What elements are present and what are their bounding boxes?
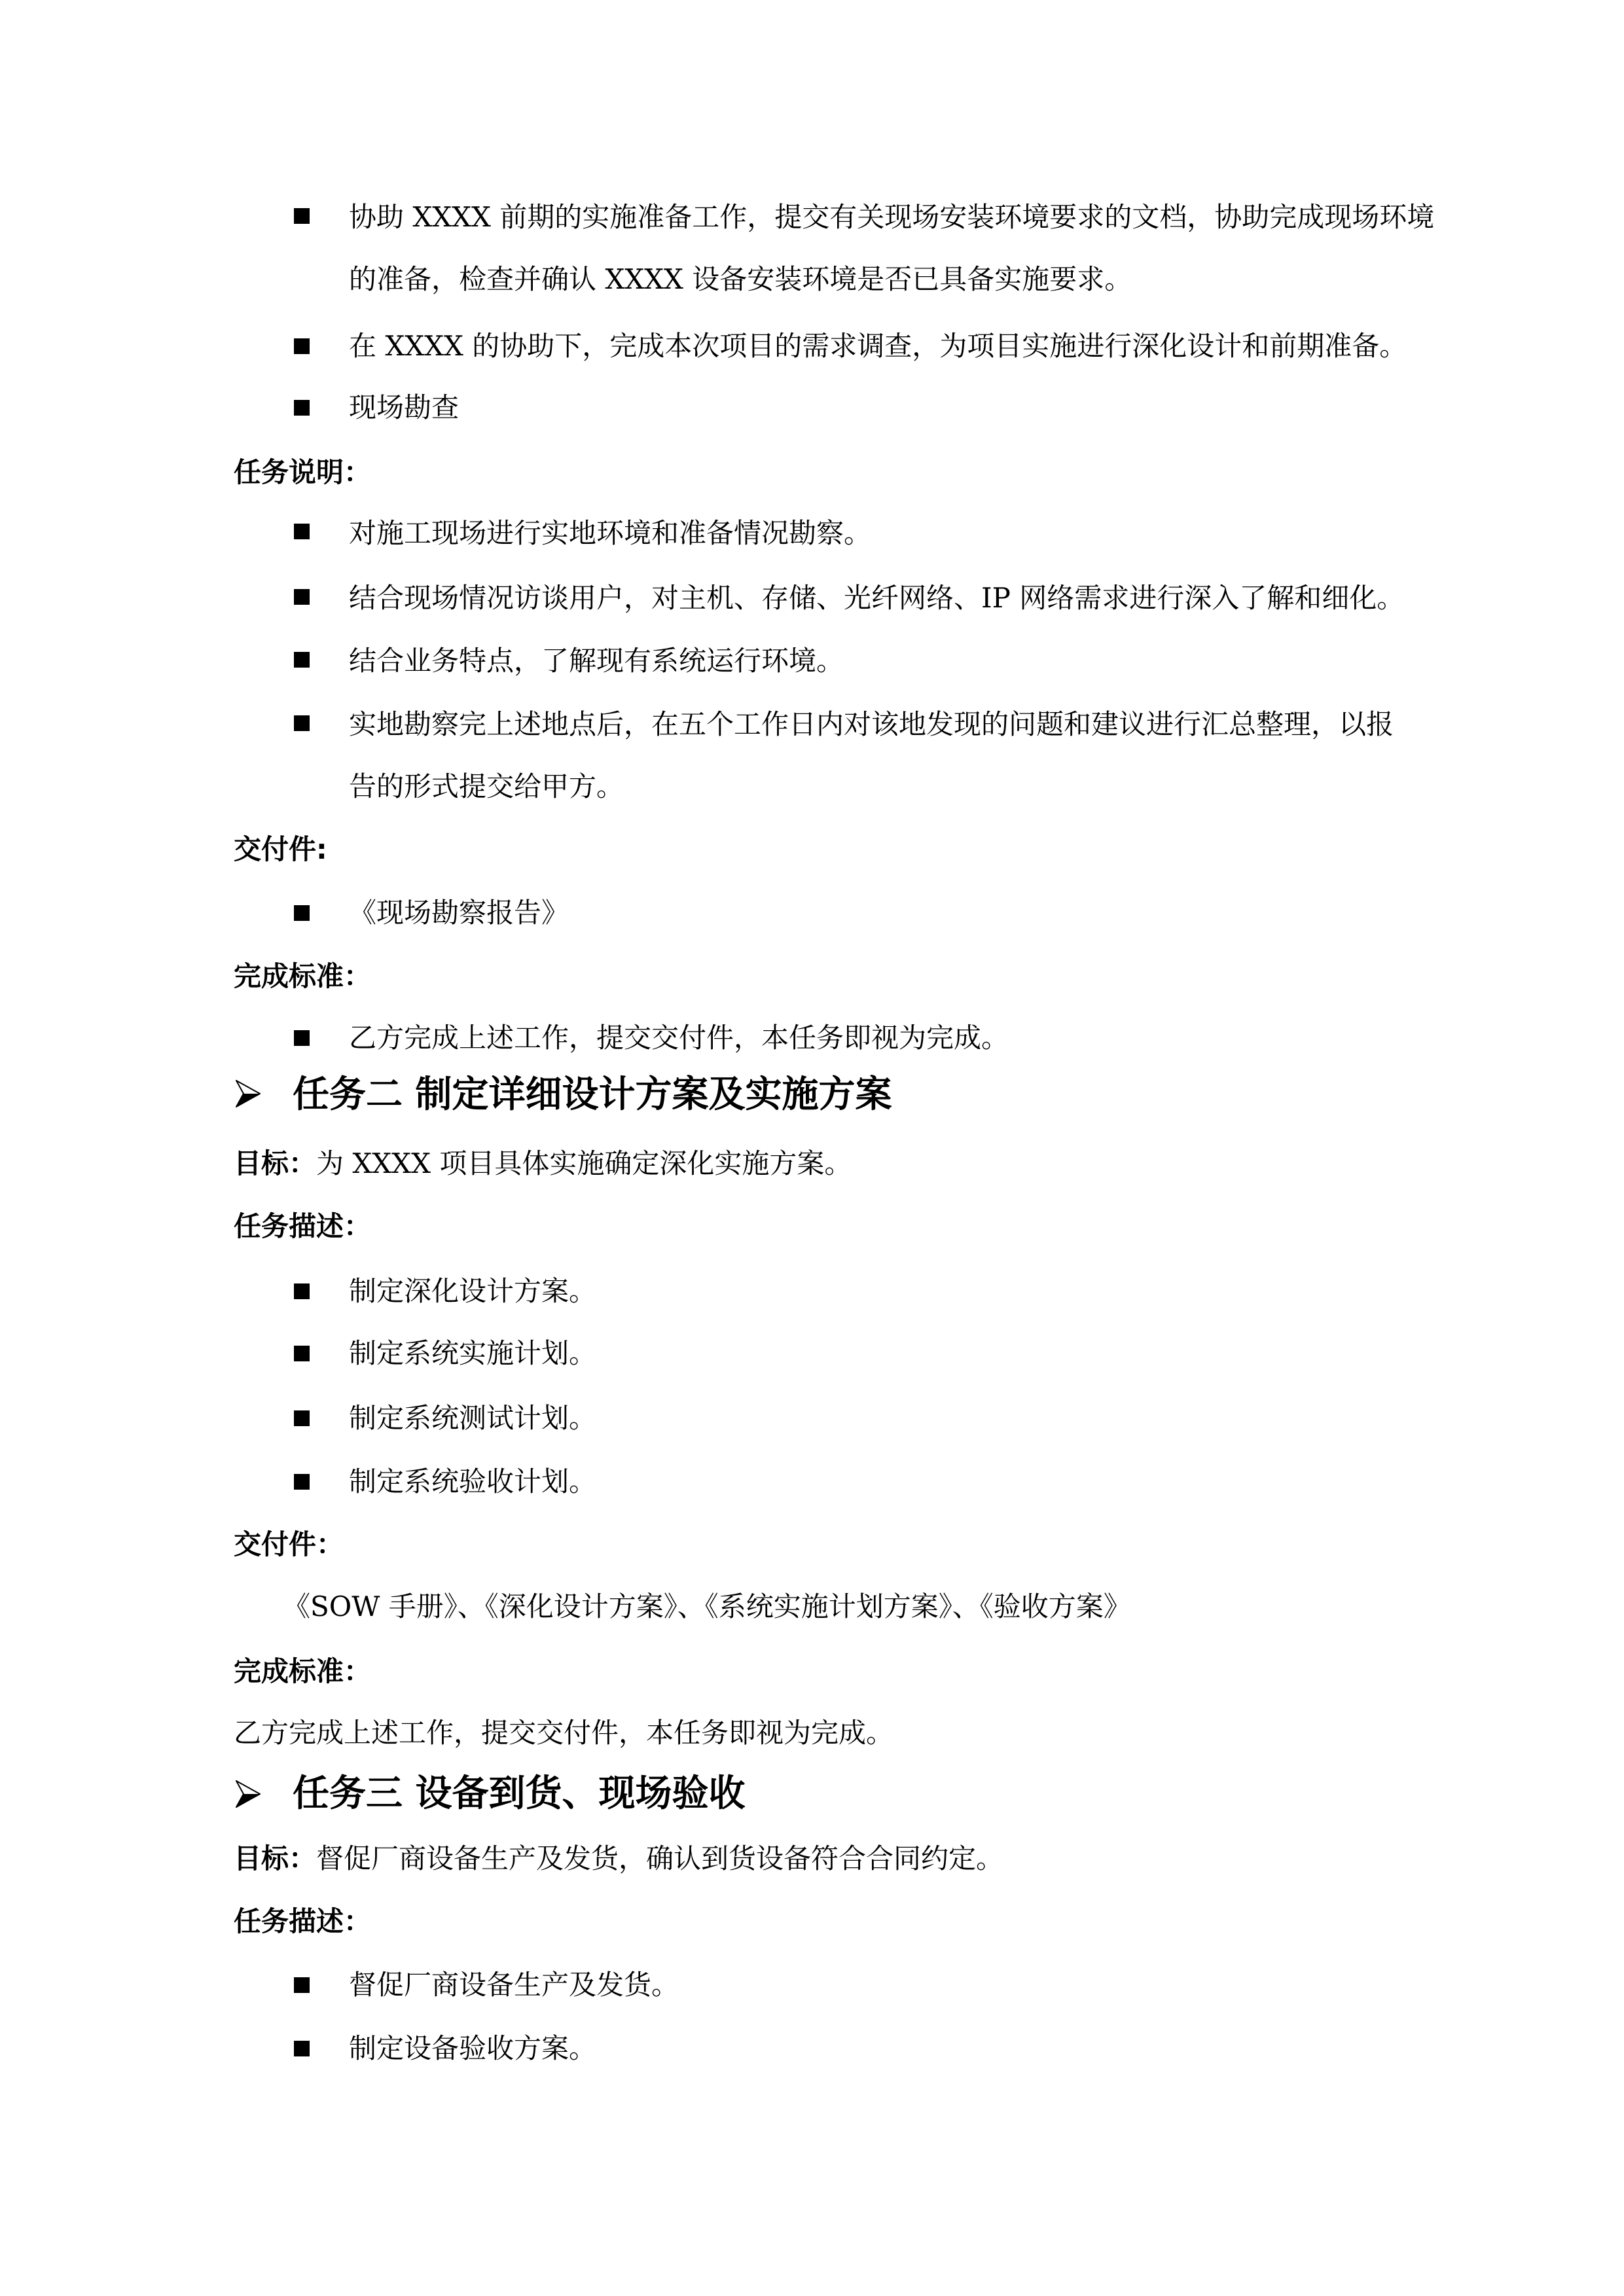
square-bullet-icon — [294, 652, 310, 668]
goal-text: 督促厂商设备生产及发货，确认到货设备符合合同约定。 — [316, 1842, 1003, 1874]
list-item-continuation: 告的形式提交给甲方。 — [349, 773, 624, 800]
task3-desc-label: 任务描述： — [234, 1908, 371, 1935]
arrowhead-bullet-icon — [236, 1780, 261, 1808]
list-item: 协助 XXXX 前期的实施准备工作，提交有关现场安装环境要求的文档，协助完成现场… — [349, 204, 1434, 231]
list-item: 结合业务特点，了解现有系统运行环境。 — [349, 647, 844, 675]
list-item: 《现场勘察报告》 — [349, 899, 569, 927]
deliverables-label: 交付件: — [234, 836, 327, 863]
square-bullet-icon — [294, 524, 310, 539]
square-bullet-icon — [294, 2041, 310, 2056]
list-item-continuation: 的准备，检查并确认 XXXX 设备安装环境是否已具备实施要求。 — [349, 266, 1132, 293]
list-item: 制定设备验收方案。 — [349, 2035, 596, 2062]
list-item: 现场勘查 — [349, 394, 459, 422]
task3-heading: 任务三 设备到货、现场验收 — [293, 1776, 746, 1812]
square-bullet-icon — [294, 208, 310, 224]
square-bullet-icon — [294, 715, 310, 731]
task2-goal: 目标：为 XXXX 项目具体实施确定深化实施方案。 — [234, 1150, 852, 1177]
task2-criteria-label: 完成标准： — [234, 1658, 371, 1685]
task2-deliverables-label: 交付件： — [234, 1531, 344, 1558]
task2-desc-label: 任务描述： — [234, 1213, 371, 1240]
list-item: 在 XXXX 的协助下，完成本次项目的需求调查，为项目实施进行深化设计和前期准备… — [349, 332, 1407, 360]
list-item: 制定系统实施计划。 — [349, 1340, 596, 1367]
square-bullet-icon — [294, 338, 310, 354]
square-bullet-icon — [294, 1030, 310, 1046]
square-bullet-icon — [294, 1977, 310, 1993]
task3-goal: 目标：督促厂商设备生产及发货，确认到货设备符合合同约定。 — [234, 1845, 1003, 1873]
goal-text: 为 XXXX 项目具体实施确定深化实施方案。 — [316, 1147, 852, 1179]
list-item: 制定系统验收计划。 — [349, 1468, 596, 1496]
list-item: 制定深化设计方案。 — [349, 1278, 596, 1305]
task2-deliverables-text: 《SOW 手册》、《深化设计方案》、《系统实施计划方案》、《验收方案》 — [283, 1593, 1131, 1621]
square-bullet-icon — [294, 1283, 310, 1299]
list-item: 乙方完成上述工作，提交交付件，本任务即视为完成。 — [349, 1024, 1009, 1052]
task2-criteria-text: 乙方完成上述工作，提交交付件，本任务即视为完成。 — [234, 1719, 893, 1747]
square-bullet-icon — [294, 400, 310, 416]
task2-heading: 任务二 制定详细设计方案及实施方案 — [293, 1077, 892, 1113]
list-item: 制定系统测试计划。 — [349, 1405, 596, 1432]
list-item: 督促厂商设备生产及发货。 — [349, 1971, 679, 1999]
square-bullet-icon — [294, 589, 310, 605]
square-bullet-icon — [294, 905, 310, 921]
goal-label: 目标： — [234, 1842, 316, 1874]
square-bullet-icon — [294, 1410, 310, 1426]
list-item: 结合现场情况访谈用户，对主机、存储、光纤网络、IP 网络需求进行深入了解和细化。 — [349, 584, 1404, 612]
criteria-label: 完成标准： — [234, 963, 371, 990]
square-bullet-icon — [294, 1474, 310, 1490]
list-item: 实地勘察完上述地点后，在五个工作日内对该地发现的问题和建议进行汇总整理，以报 — [349, 711, 1394, 738]
square-bullet-icon — [294, 1346, 310, 1361]
list-item: 对施工现场进行实地环境和准备情况勘察。 — [349, 520, 871, 547]
goal-label: 目标： — [234, 1147, 316, 1179]
task-desc-label: 任务说明： — [234, 459, 371, 486]
arrowhead-bullet-icon — [236, 1080, 261, 1107]
